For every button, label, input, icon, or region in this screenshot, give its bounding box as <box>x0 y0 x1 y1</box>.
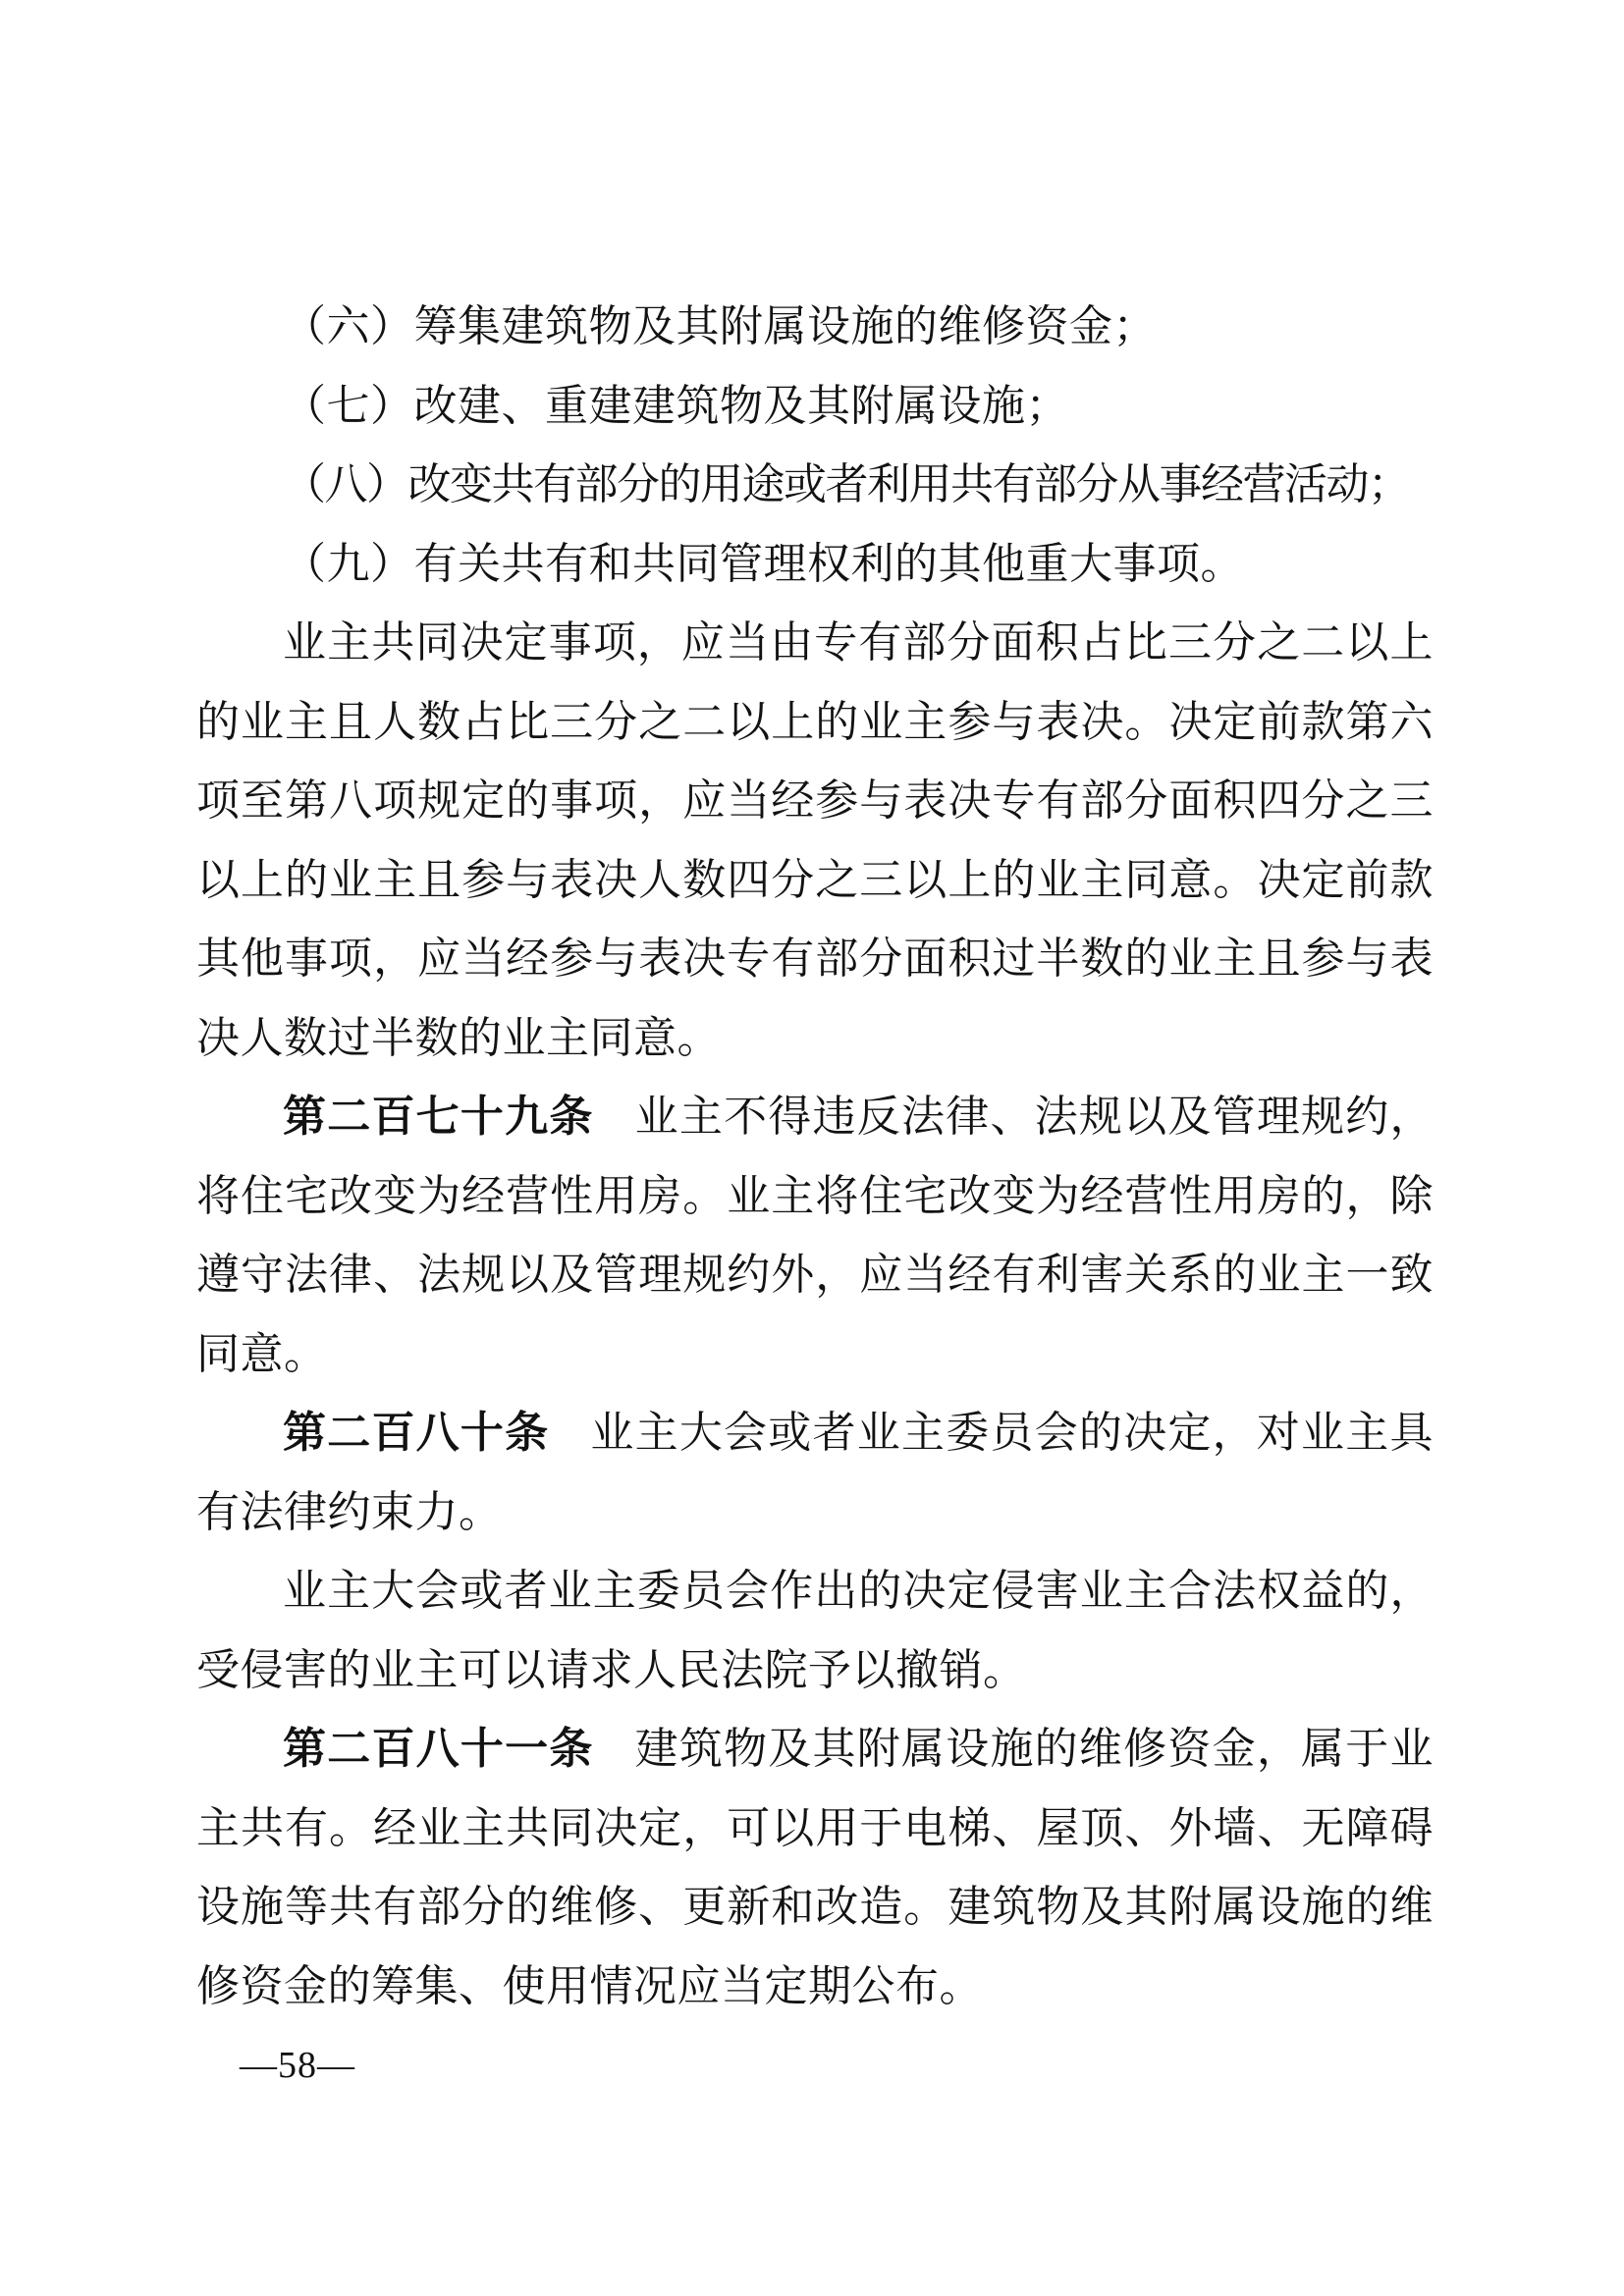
document-line: （六）筹集建筑物及其附属设施的维修资金； <box>196 288 1434 367</box>
line-text: 业主大会或者业主委员会作出的决定侵害业主合法权益的， <box>283 1567 1434 1615</box>
line-text: 设施等共有部分的维修、更新和改造。建筑物及其附属设施的维 <box>196 1883 1434 1931</box>
article-number: 第二百七十九条 <box>283 1093 594 1141</box>
line-text: 其他事项，应当经参与表决专有部分面积过半数的业主且参与表 <box>196 934 1434 983</box>
line-text: 业主共同决定事项，应当由专有部分面积占比三分之二以上 <box>283 618 1434 667</box>
document-line: 遵守法律、法规以及管理规约外，应当经有利害关系的业主一致 <box>196 1236 1434 1315</box>
line-text: 业主不得违反法律、法规以及管理规约， <box>635 1093 1434 1141</box>
document-line: （七）改建、重建建筑物及其附属设施； <box>196 367 1434 447</box>
page-number: —58— <box>240 2038 355 2093</box>
document-page: （六）筹集建筑物及其附属设施的维修资金； （七）改建、重建建筑物及其附属设施； … <box>0 0 1624 2296</box>
article-number: 第二百八十条 <box>283 1409 549 1457</box>
document-line: （八）改变共有部分的用途或者利用共有部分从事经营活动； <box>196 446 1434 525</box>
line-text: （八）改变共有部分的用途或者利用共有部分从事经营活动； <box>283 460 1410 508</box>
document-line: 业主共同决定事项，应当由专有部分面积占比三分之二以上 <box>196 604 1434 683</box>
line-text: （六）筹集建筑物及其附属设施的维修资金； <box>283 302 1157 350</box>
document-line: 以上的业主且参与表决人数四分之三以上的业主同意。决定前款 <box>196 841 1434 921</box>
line-text: 项至第八项规定的事项，应当经参与表决专有部分面积四分之三 <box>196 776 1434 825</box>
document-line: 业主大会或者业主委员会作出的决定侵害业主合法权益的， <box>196 1552 1434 1631</box>
line-text: （七）改建、重建建筑物及其附属设施； <box>283 382 1069 430</box>
document-line-article-280: 第二百八十条业主大会或者业主委员会的决定，对业主具 <box>196 1394 1434 1473</box>
document-line: 决人数过半数的业主同意。 <box>196 999 1434 1079</box>
document-line: 的业主且人数占比三分之二以上的业主参与表决。决定前款第六 <box>196 683 1434 763</box>
document-line: 有法律约束力。 <box>196 1473 1434 1553</box>
document-line: 修资金的筹集、使用情况应当定期公布。 <box>196 1948 1434 2027</box>
line-text: 业主大会或者业主委员会的决定，对业主具 <box>590 1409 1434 1457</box>
document-line: 项至第八项规定的事项，应当经参与表决专有部分面积四分之三 <box>196 762 1434 841</box>
line-text: （九）有关共有和共同管理权利的其他重大事项。 <box>283 540 1244 588</box>
document-line-article-279: 第二百七十九条业主不得违反法律、法规以及管理规约， <box>196 1078 1434 1157</box>
document-line: 主共有。经业主共同决定，可以用于电梯、屋顶、外墙、无障碍 <box>196 1789 1434 1869</box>
document-line: 受侵害的业主可以请求人民法院予以撤销。 <box>196 1631 1434 1711</box>
document-line: （九）有关共有和共同管理权利的其他重大事项。 <box>196 525 1434 605</box>
line-text: 受侵害的业主可以请求人民法院予以撤销。 <box>196 1646 1027 1694</box>
document-line: 将住宅改变为经营性用房。业主将住宅改变为经营性用房的，除 <box>196 1157 1434 1237</box>
line-text: 的业主且人数占比三分之二以上的业主参与表决。决定前款第六 <box>196 698 1434 746</box>
document-line-article-281: 第二百八十一条建筑物及其附属设施的维修资金，属于业 <box>196 1710 1434 1789</box>
line-text: 决人数过半数的业主同意。 <box>196 1014 721 1062</box>
document-line: 其他事项，应当经参与表决专有部分面积过半数的业主且参与表 <box>196 920 1434 999</box>
line-text: 建筑物及其附属设施的维修资金，属于业 <box>635 1725 1434 1773</box>
line-text: 将住宅改变为经营性用房。业主将住宅改变为经营性用房的，除 <box>196 1172 1434 1220</box>
line-text: 主共有。经业主共同决定，可以用于电梯、屋顶、外墙、无障碍 <box>196 1804 1434 1852</box>
document-line: 同意。 <box>196 1315 1434 1395</box>
line-text: 有法律约束力。 <box>196 1488 503 1536</box>
line-text: 同意。 <box>196 1330 328 1378</box>
line-text: 以上的业主且参与表决人数四分之三以上的业主同意。决定前款 <box>196 856 1434 904</box>
article-number: 第二百八十一条 <box>283 1725 594 1773</box>
line-text: 修资金的筹集、使用情况应当定期公布。 <box>196 1962 983 2010</box>
line-text: 遵守法律、法规以及管理规约外，应当经有利害关系的业主一致 <box>196 1251 1434 1299</box>
document-body: （六）筹集建筑物及其附属设施的维修资金； （七）改建、重建建筑物及其附属设施； … <box>196 288 1434 2026</box>
document-line: 设施等共有部分的维修、更新和改造。建筑物及其附属设施的维 <box>196 1868 1434 1948</box>
